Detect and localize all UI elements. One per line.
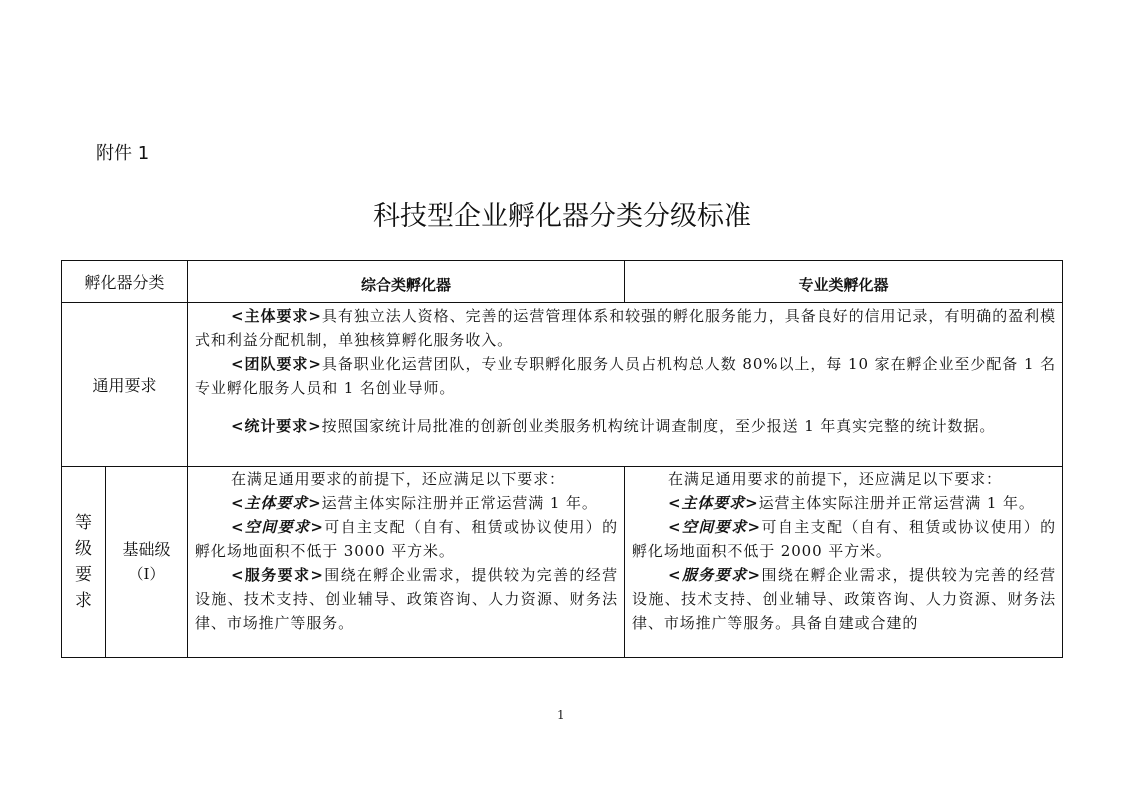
general-requirements-label: 通用要求 <box>62 303 188 467</box>
header-category-cell: 孵化器分类 <box>62 261 188 303</box>
item-text: 运营主体实际注册并正常运营满 1 年。 <box>322 494 598 512</box>
item-key: <团队要求> <box>231 355 322 373</box>
level-name: 基础级 <box>106 538 187 562</box>
item-text: 具有独立法人资格、完善的运营管理体系和较强的孵化服务能力，具备良好的信用记录，有… <box>195 307 1056 349</box>
item-key: <统计要求> <box>231 417 322 435</box>
header-specialized: 专业类孵化器 <box>625 261 1063 303</box>
basic-spec-item-entity: <主体要求>运营主体实际注册并正常运营满 1 年。 <box>632 491 1056 515</box>
item-key: <服务要求> <box>231 566 324 584</box>
header-comprehensive: 综合类孵化器 <box>188 261 625 303</box>
label-char: 求 <box>62 588 105 614</box>
attachment-label: 附件 1 <box>96 139 149 165</box>
item-key: <空间要求> <box>668 518 761 536</box>
label-char: 要 <box>62 562 105 588</box>
page-title-text: 科技型企业孵化器分类分级标准 <box>373 201 751 232</box>
item-text: 运营主体实际注册并正常运营满 1 年。 <box>759 494 1035 512</box>
level-row-basic: 等 级 要 求 基础级 （I） 在满足通用要求的前提下，还应满足以下要求： <主… <box>62 467 1063 658</box>
level-roman: （I） <box>106 562 187 586</box>
general-item-statistics: <统计要求>按照国家统计局批准的创新创业类服务机构统计调查制度，至少报送 1 年… <box>195 414 1056 438</box>
general-item-entity: <主体要求>具有独立法人资格、完善的运营管理体系和较强的孵化服务能力，具备良好的… <box>195 304 1056 352</box>
page-title: 科技型企业孵化器分类分级标准 <box>0 194 1122 233</box>
basic-comp-item-entity: <主体要求>运营主体实际注册并正常运营满 1 年。 <box>195 491 618 515</box>
label-char: 等 <box>62 510 105 536</box>
level-name-cell: 基础级 （I） <box>106 467 188 658</box>
basic-comp-item-service: <服务要求>围绕在孵企业需求，提供较为完善的经营设施、技术支持、创业辅导、政策咨… <box>195 563 618 635</box>
item-key: <空间要求> <box>231 518 324 536</box>
general-requirements-content: <主体要求>具有独立法人资格、完善的运营管理体系和较强的孵化服务能力，具备良好的… <box>188 303 1063 467</box>
general-requirements-row: 通用要求 <主体要求>具有独立法人资格、完善的运营管理体系和较强的孵化服务能力，… <box>62 303 1063 467</box>
basic-comp-item-space: <空间要求>可自主支配（自有、租赁或协议使用）的孵化场地面积不低于 3000 平… <box>195 515 618 563</box>
item-key: <服务要求> <box>668 566 761 584</box>
basic-comprehensive-content: 在满足通用要求的前提下，还应满足以下要求： <主体要求>运营主体实际注册并正常运… <box>188 467 625 658</box>
clip: 在满足通用要求的前提下，还应满足以下要求： <主体要求>运营主体实际注册并正常运… <box>632 467 1056 635</box>
item-text: 具备职业化运营团队，专业专职孵化服务人员占机构总人数 80%以上，每 10 家在… <box>195 355 1056 397</box>
level-requirements-label: 等 级 要 求 <box>62 467 106 658</box>
item-key: <主体要求> <box>231 307 322 325</box>
basic-specialized-content: 在满足通用要求的前提下，还应满足以下要求： <主体要求>运营主体实际注册并正常运… <box>625 467 1063 658</box>
intro-text: 在满足通用要求的前提下，还应满足以下要求： <box>632 467 1056 491</box>
table-header-row: 孵化器分类 综合类孵化器 专业类孵化器 <box>62 261 1063 303</box>
intro-text: 在满足通用要求的前提下，还应满足以下要求： <box>195 467 618 491</box>
classification-standard-table: 孵化器分类 综合类孵化器 专业类孵化器 通用要求 <主体要求>具有独立法人资格、… <box>61 260 1063 658</box>
item-key: <主体要求> <box>231 494 322 512</box>
general-item-team: <团队要求>具备职业化运营团队，专业专职孵化服务人员占机构总人数 80%以上，每… <box>195 352 1056 400</box>
label-char: 级 <box>62 536 105 562</box>
page-number: 1 <box>557 708 565 722</box>
item-key: <主体要求> <box>668 494 759 512</box>
basic-spec-item-space: <空间要求>可自主支配（自有、租赁或协议使用）的孵化场地面积不低于 2000 平… <box>632 515 1056 563</box>
spacer <box>195 400 1056 414</box>
basic-spec-item-service: <服务要求>围绕在孵企业需求，提供较为完善的经营设施、技术支持、创业辅导、政策咨… <box>632 563 1056 635</box>
item-text: 按照国家统计局批准的创新创业类服务机构统计调查制度，至少报送 1 年真实完整的统… <box>322 417 996 435</box>
